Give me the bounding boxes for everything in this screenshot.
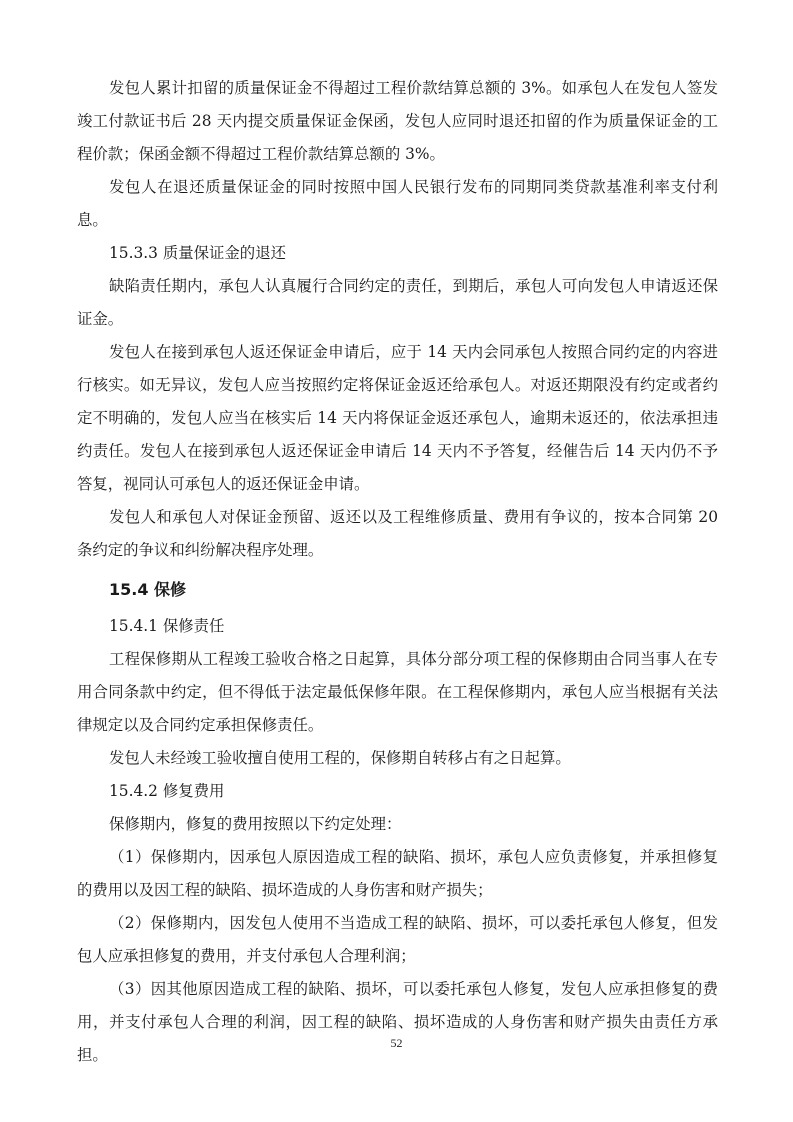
subheading-15-3-3: 15.3.3 质量保证金的退还 [77,237,718,270]
paragraph-interest: 发包人在退还质量保证金的同时按照中国人民银行发布的同期同类贷款基准利率支付利息。 [77,171,718,237]
paragraph-defect-period: 缺陷责任期内，承包人认真履行合同约定的责任，到期后，承包人可向发包人申请返还保证… [77,270,718,336]
paragraph-repair-cost-intro: 保修期内，修复的费用按照以下约定处理： [77,808,718,841]
page-number: 52 [0,1036,793,1051]
subheading-15-4-1: 15.4.1 保修责任 [77,610,718,643]
list-item-2: （2）保修期内，因发包人使用不当造成工程的缺陷、损坏，可以委托承包人修复，但发包… [77,907,718,973]
paragraph-unaccepted-use: 发包人未经竣工验收擅自使用工程的，保修期自转移占有之日起算。 [77,742,718,775]
paragraph-retention-cap: 发包人累计扣留的质量保证金不得超过工程价款结算总额的 3%。如承包人在发包人签发… [77,72,718,171]
list-item-1: （1）保修期内，因承包人原因造成工程的缺陷、损坏，承包人应负责修复，并承担修复的… [77,841,718,907]
paragraph-return-verification: 发包人在接到承包人返还保证金申请后，应于 14 天内会同承包人按照合同约定的内容… [77,336,718,501]
list-item-3: （3）因其他原因造成工程的缺陷、损坏，可以委托承包人修复，发包人应承担修复的费用… [77,973,718,1072]
heading-15-4: 15.4 保修 [77,573,718,606]
paragraph-warranty-period: 工程保修期从工程竣工验收合格之日起算，具体分部分项工程的保修期由合同当事人在专用… [77,643,718,742]
subheading-15-4-2: 15.4.2 修复费用 [77,775,718,808]
paragraph-dispute: 发包人和承包人对保证金预留、返还以及工程维修质量、费用有争议的，按本合同第 20… [77,501,718,567]
document-page: 发包人累计扣留的质量保证金不得超过工程价款结算总额的 3%。如承包人在发包人签发… [77,72,718,1072]
